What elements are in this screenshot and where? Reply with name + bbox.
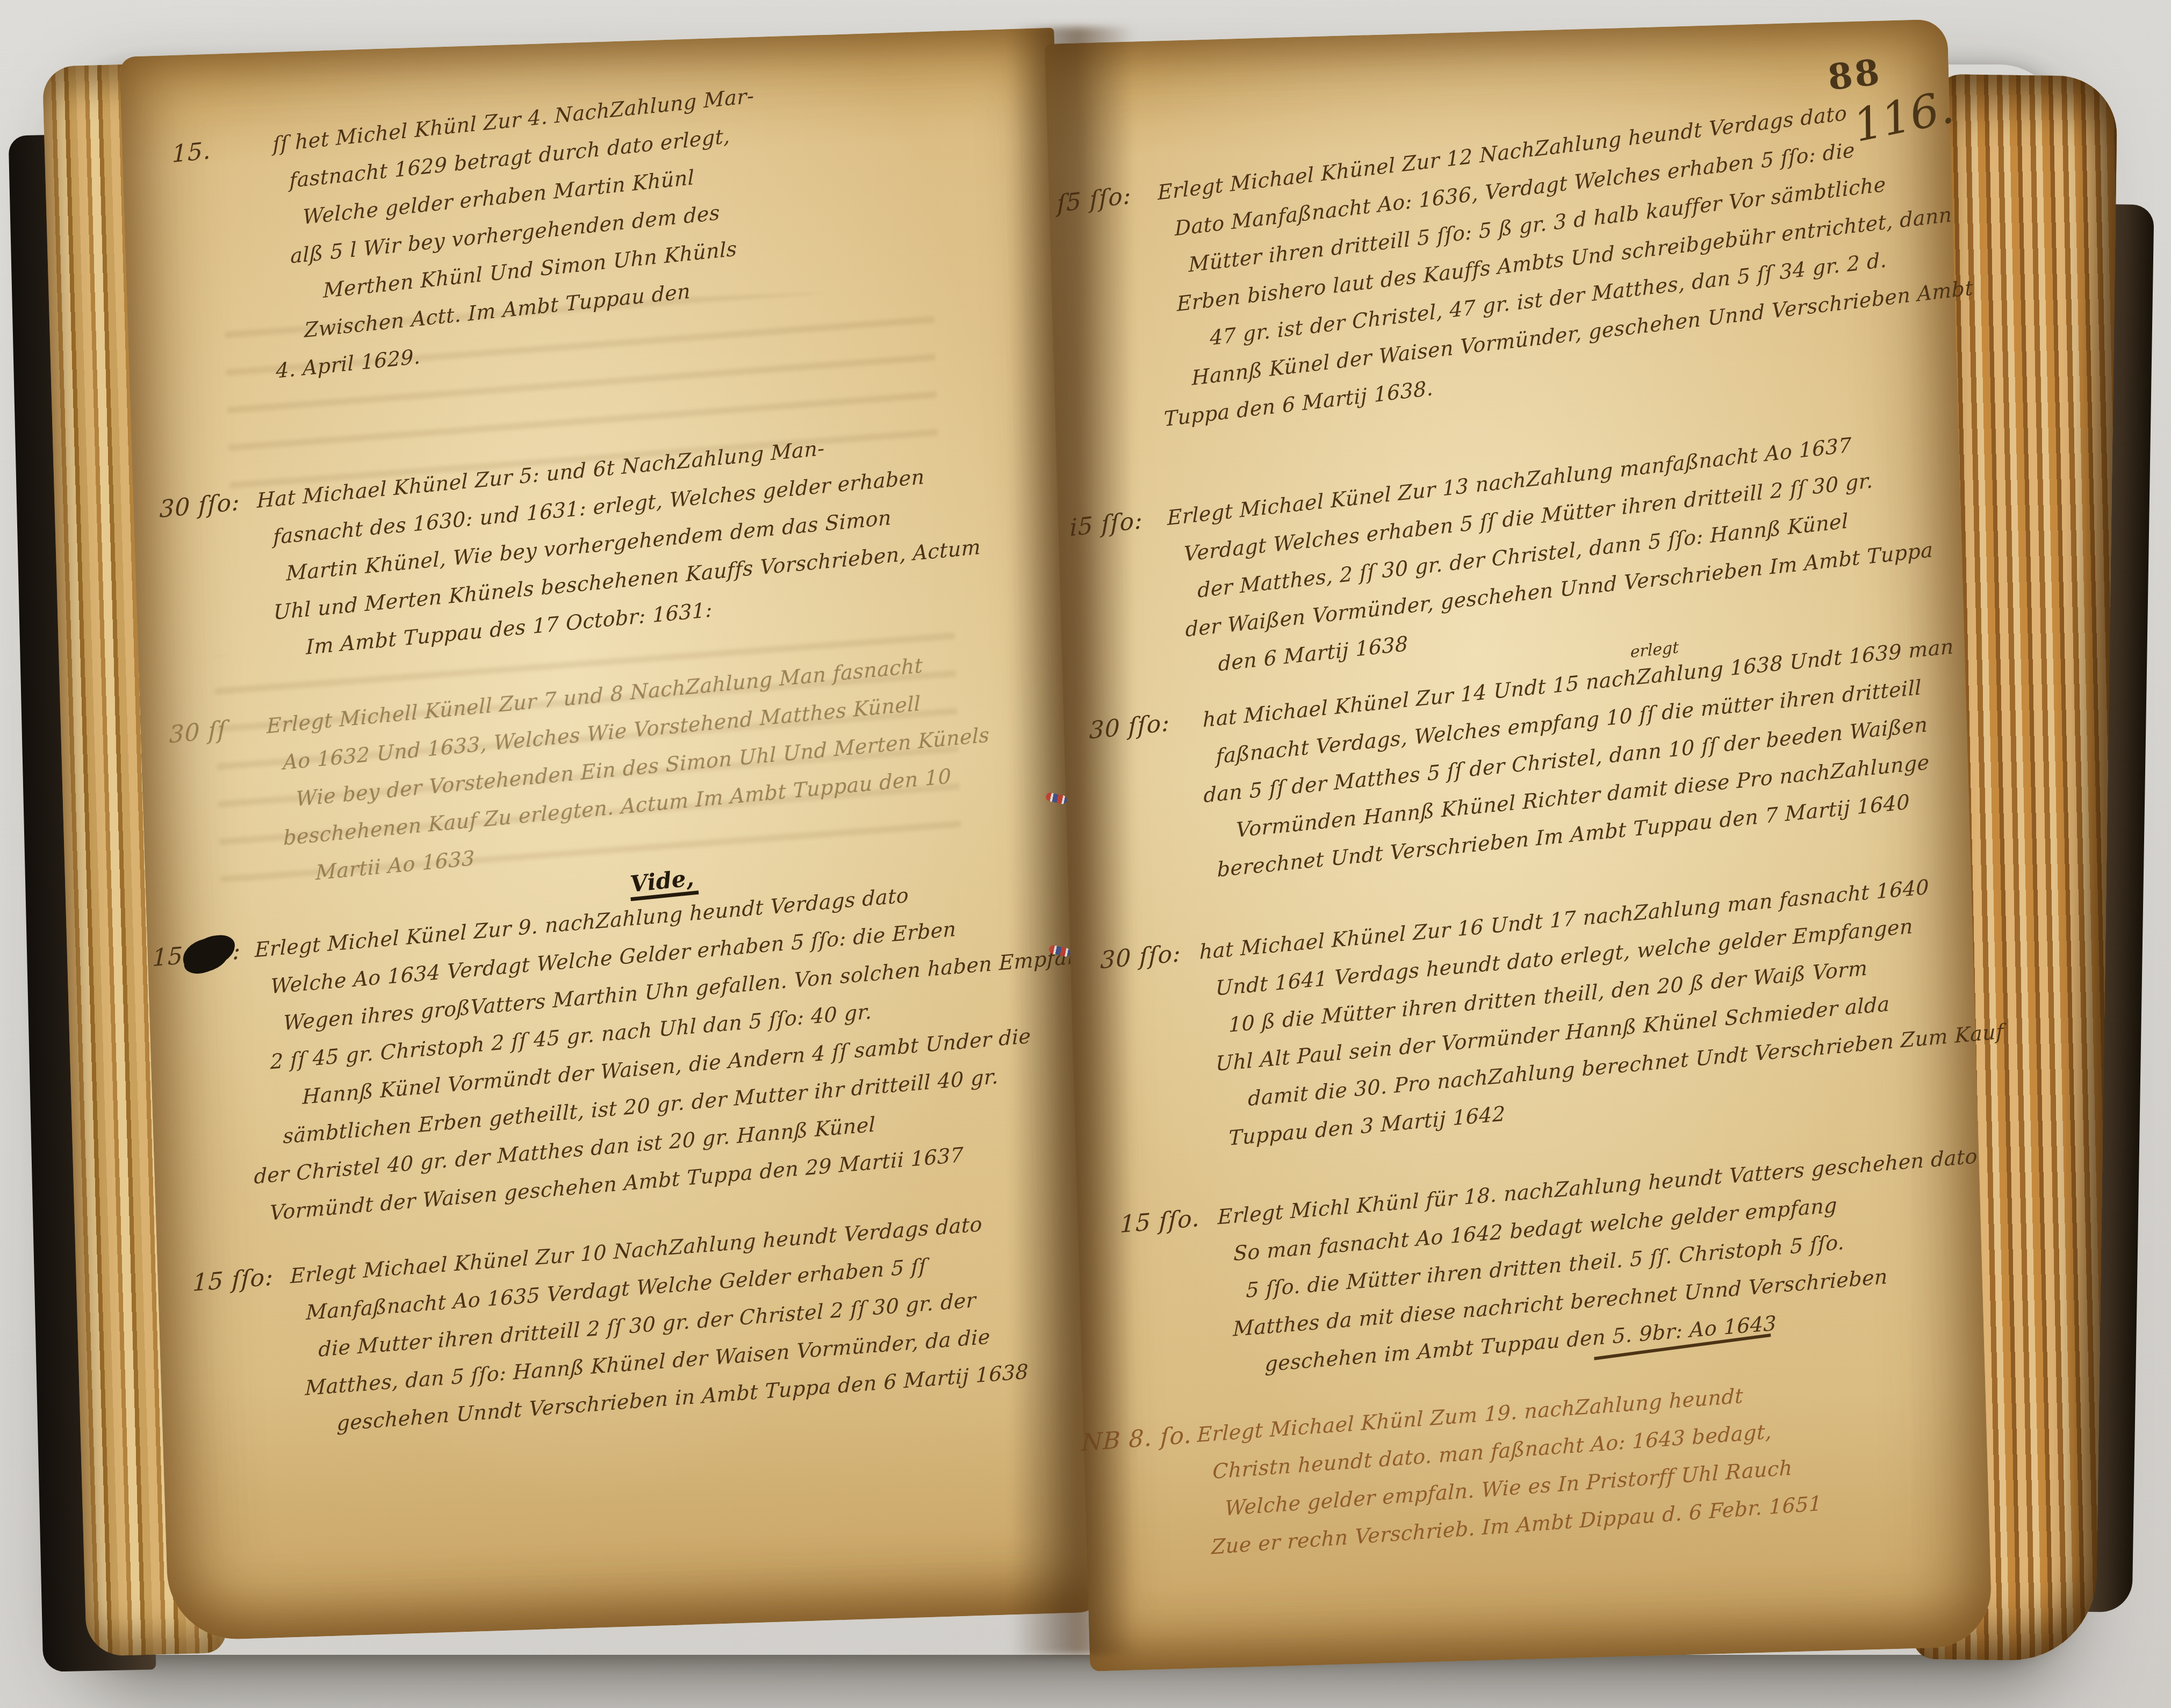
ledger-entry: 15. ſſo: Erlegt Michel Künel Zur 9. nach…	[150, 864, 1075, 1240]
ledger-entry: 15 ſſo. Erlegt Michl Khünl für 18. nachZ…	[1118, 1139, 1969, 1394]
manuscript-photo: 15. ſſ het Michel Khünl Zur 4. NachZahlu…	[0, 0, 2171, 1708]
left-page: 15. ſſ het Michel Khünl Zur 4. NachZahlu…	[119, 27, 1104, 1641]
ledger-entry: 30 ſſo: Hat Michael Khünel Zur 5: und 6t…	[157, 410, 1041, 678]
entry-margin-amount: NB 8. ſo.	[1081, 1416, 1193, 1462]
ledger-entry: 15 ſſo: Erlegt Michael Khünel Zur 10 Nac…	[191, 1199, 1084, 1452]
entry-margin-amount: 15.	[172, 127, 263, 174]
right-page: 88 116. ſ5 ſſo: Erlegt Michael Khünel Zu…	[1045, 19, 1993, 1671]
entry-margin-amount: i5 ſſo:	[1070, 500, 1161, 547]
entry-margin-amount: ſ5 ſſo:	[1057, 175, 1148, 224]
entry-margin-amount: 30 ſſo:	[1089, 703, 1181, 750]
ledger-entry: 15. ſſ het Michel Khünl Zur 4. NachZahlu…	[170, 52, 1031, 398]
entry-margin-amount: 15 ſſo.	[1119, 1199, 1211, 1244]
entry-margin-amount: 15. ſſo:	[152, 932, 243, 978]
entry-margin-amount: 30 ſſo:	[1100, 934, 1191, 979]
entry-margin-amount: 30 ſſ	[169, 708, 260, 754]
ledger-entry: 30 ſſo: hat Michael Khünel Zur 16 Undt 1…	[1098, 867, 1964, 1167]
entry-margin-amount: 30 ſſo:	[159, 482, 250, 529]
entry-margin-amount: 15 ſſo:	[192, 1258, 284, 1302]
ledger-entry: ſ5 ſſo: Erlegt Michael Khünel Zur 12 Nac…	[1055, 89, 1918, 447]
ledger-entry: NB 8. ſo. Erlegt Michael Khünl Zum 19. n…	[1080, 1363, 1949, 1575]
ledger-entry: 30 ſſ Erlegt Michell Künell Zur 7 und 8 …	[168, 636, 1052, 904]
